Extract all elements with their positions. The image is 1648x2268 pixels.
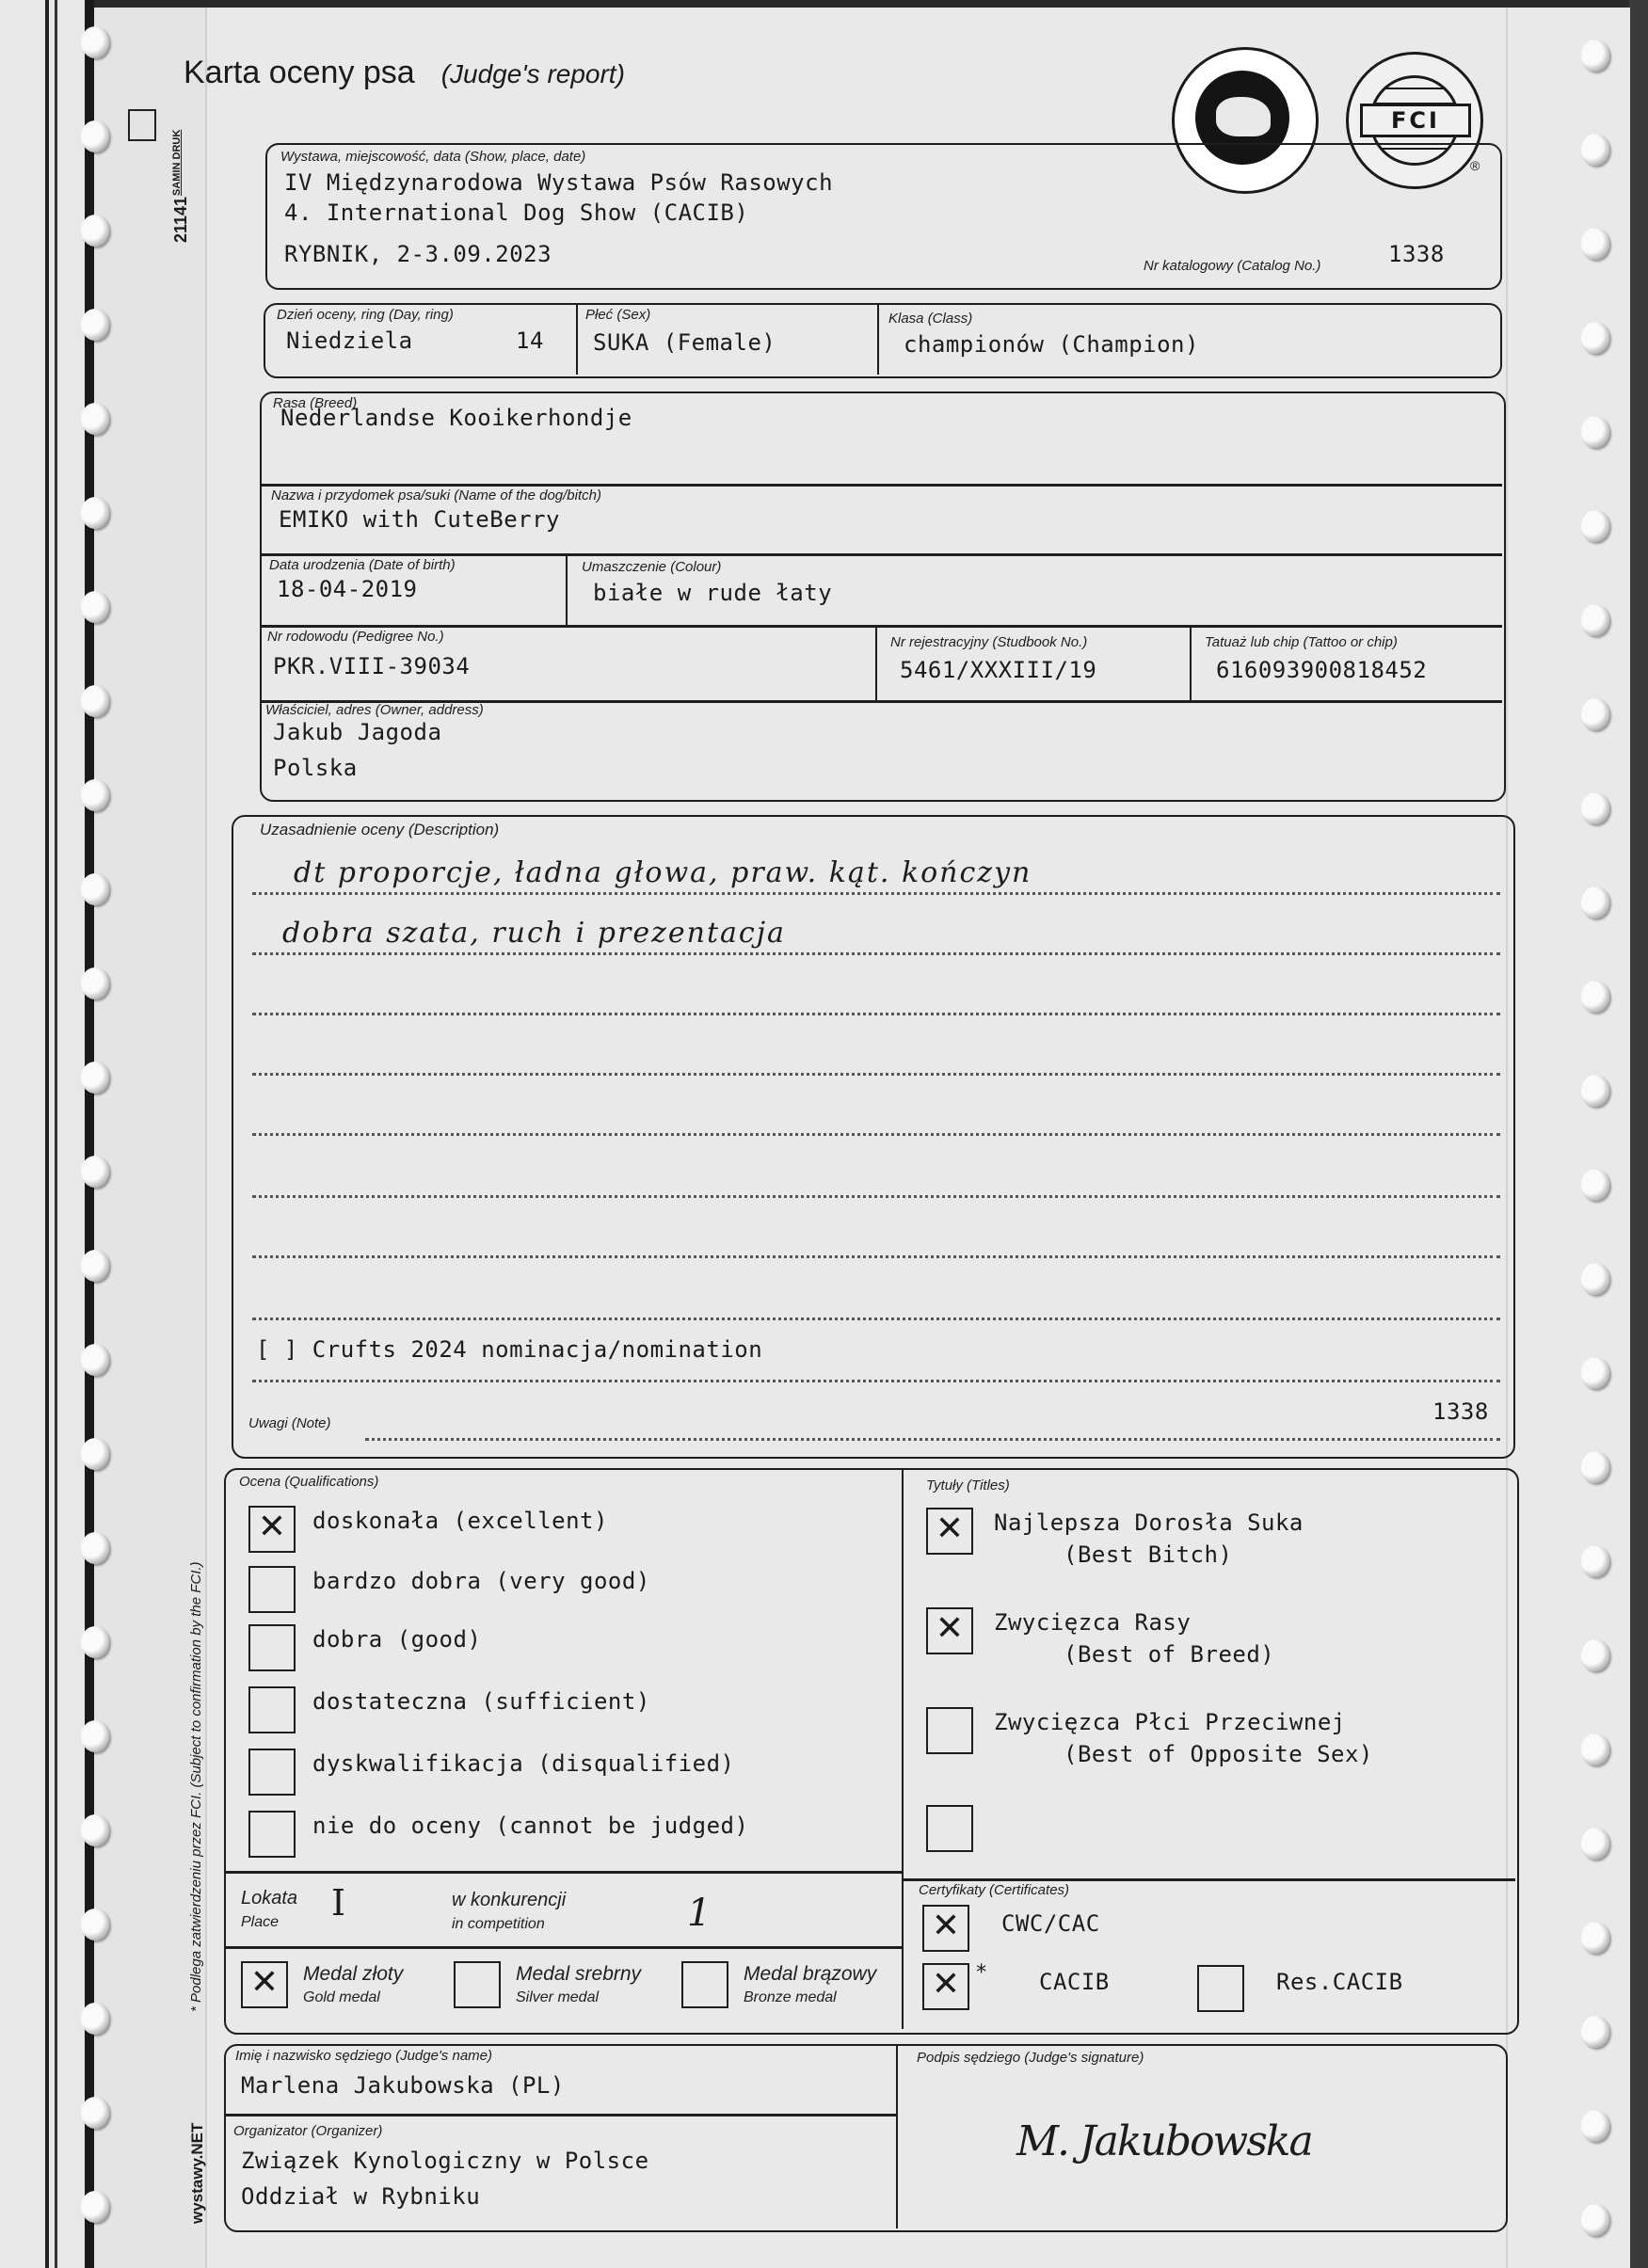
catalog-number[interactable]: 1338: [1388, 241, 1445, 267]
medal-checkbox[interactable]: ✕: [241, 1961, 288, 2008]
certificate-checkbox[interactable]: ✕: [922, 1963, 969, 2010]
medal-label-en: Gold medal: [303, 1989, 380, 2006]
perforation-hole-icon: [1581, 1828, 1609, 1860]
perforation-hole-icon: [81, 26, 109, 58]
perforation-hole-icon: [81, 1626, 109, 1658]
qualification-checkbox[interactable]: [248, 1624, 296, 1671]
medal-checkbox[interactable]: [681, 1961, 728, 2008]
qualification-label: bardzo dobra (very good): [312, 1568, 650, 1594]
competition-value[interactable]: 1: [687, 1892, 712, 1935]
perforation-hole-icon: [81, 2191, 109, 2223]
title-pl: Karta oceny psa: [184, 55, 415, 90]
certificate-label: Res.CACIB: [1276, 1969, 1403, 1995]
wystawy-net-brand: wystawy.NET: [188, 2123, 207, 2224]
note-label: Uwagi (Note): [248, 1415, 331, 1431]
titles-label: Tytuły (Titles): [926, 1477, 1010, 1493]
dog-name-label: Nazwa i przydomek psa/suki (Name of the …: [271, 487, 601, 503]
studbook-label: Nr rejestracyjny (Studbook No.): [890, 634, 1087, 650]
crufts-nomination[interactable]: [ ] Crufts 2024 nominacja/nomination: [256, 1336, 762, 1363]
class-label: Klasa (Class): [888, 311, 972, 327]
competition-label: w konkurencji: [452, 1890, 566, 1911]
description-line-1[interactable]: dt proporcje, ładna głowa, praw. kąt. ko…: [294, 856, 1032, 889]
perforation-hole-icon: [1581, 604, 1609, 636]
perforation-hole-icon: [1581, 416, 1609, 448]
perforation-hole-icon: [1581, 40, 1609, 72]
perforation-hole-icon: [1581, 134, 1609, 166]
judge-name-label: Imię i nazwisko sędziego (Judge's name): [235, 2048, 492, 2064]
check-mark-icon: ✕: [928, 1609, 971, 1653]
certificate-checkbox[interactable]: ✕: [922, 1905, 969, 1952]
check-mark-icon: ✕: [924, 1907, 968, 1950]
perforation-hole-icon: [81, 403, 109, 435]
qualification-label: dyskwalifikacja (disqualified): [312, 1750, 734, 1777]
fci-confirmation-note: * Podlega zatwierdzeniu przez FCI. (Subj…: [188, 1561, 204, 2012]
perforation-hole-icon: [81, 2097, 109, 2129]
dob-value[interactable]: 18-04-2019: [277, 576, 418, 602]
perforation-hole-icon: [1581, 322, 1609, 354]
place-label-en: Place: [241, 1914, 279, 1931]
qualification-label: doskonała (excellent): [312, 1508, 608, 1534]
perforation-hole-icon: [81, 1250, 109, 1282]
perforation-hole-icon: [81, 1156, 109, 1188]
show-subtitle[interactable]: 4. International Dog Show (CACIB): [284, 200, 748, 226]
perforation-hole-icon: [1581, 886, 1609, 918]
background-edge: [1629, 0, 1648, 2268]
show-label: Wystawa, miejscowość, data (Show, place,…: [280, 149, 585, 165]
perforation-hole-icon: [1581, 1263, 1609, 1295]
perforation-hole-icon: [81, 779, 109, 811]
certificate-checkbox[interactable]: [1197, 1965, 1244, 2012]
perforation-hole-icon: [81, 1720, 109, 1752]
fci-logo-text: FCI: [1360, 104, 1471, 137]
colour-value[interactable]: białe w rude łaty: [593, 580, 832, 606]
perforation-hole-icon: [1581, 792, 1609, 824]
certificate-label: CWC/CAC: [1001, 1910, 1100, 1937]
show-place-date[interactable]: RYBNIK, 2-3.09.2023: [284, 241, 552, 267]
place-label: Lokata: [241, 1888, 297, 1909]
page-title: Karta oceny psa(Judge's report): [184, 55, 625, 91]
perforation-hole-icon: [81, 1062, 109, 1094]
colour-label: Umaszczenie (Colour): [582, 559, 721, 575]
title-label-en: (Best Bitch): [1064, 1541, 1232, 1568]
title-en: (Judge's report): [441, 59, 625, 88]
certificate-label: CACIB: [1039, 1969, 1110, 1995]
medal-checkbox[interactable]: [454, 1961, 501, 2008]
perforation-hole-icon: [81, 1909, 109, 1941]
check-mark-icon: ✕: [924, 1965, 968, 2008]
perforation-hole-icon: [81, 2003, 109, 2035]
perforation-hole-icon: [81, 967, 109, 999]
sex-label: Płeć (Sex): [585, 307, 650, 323]
place-value[interactable]: I: [331, 1882, 347, 1924]
pedigree-value[interactable]: PKR.VIII-39034: [273, 653, 470, 679]
title-checkbox[interactable]: [926, 1805, 973, 1852]
medal-label: Medal brązowy: [744, 1963, 876, 1986]
dob-label: Data urodzenia (Date of birth): [269, 557, 456, 573]
ring-value[interactable]: 14: [516, 327, 544, 354]
perforation-hole-icon: [81, 873, 109, 905]
printer-mark: SAMIN DRUK: [171, 130, 183, 196]
check-mark-icon: ✕: [243, 1963, 286, 2006]
dog-name-value[interactable]: EMIKO with CuteBerry: [279, 506, 560, 533]
description-line-2[interactable]: dobra szata, ruch i prezentacja: [282, 917, 786, 950]
perforation-hole-icon: [1581, 1075, 1609, 1107]
qualification-checkbox[interactable]: [248, 1811, 296, 1858]
perforation-hole-icon: [1581, 2016, 1609, 2048]
sex-value[interactable]: SUKA (Female): [593, 329, 776, 356]
owner-address[interactable]: Polska: [273, 755, 358, 781]
perforation-hole-icon: [1581, 228, 1609, 260]
title-label: Zwycięzca Płci Przeciwnej: [994, 1709, 1346, 1735]
medal-label: Medal srebrny: [516, 1963, 641, 1986]
day-value[interactable]: Niedziela: [286, 327, 413, 354]
organizer-line-2[interactable]: Oddział w Rybniku: [241, 2183, 480, 2210]
qualification-checkbox[interactable]: ✕: [248, 1506, 296, 1553]
perforation-hole-icon: [81, 309, 109, 341]
medal-label-en: Bronze medal: [744, 1989, 837, 2006]
chip-label: Tatuaż lub chip (Tattoo or chip): [1205, 634, 1398, 650]
note-number[interactable]: 1338: [1432, 1398, 1489, 1425]
certificates-label: Certyfikaty (Certificates): [919, 1882, 1069, 1898]
organizer-line-1[interactable]: Związek Kynologiczny w Polsce: [241, 2148, 649, 2174]
medal-label-en: Silver medal: [516, 1989, 599, 2006]
perforation-hole-icon: [81, 1344, 109, 1376]
qualification-checkbox[interactable]: [248, 1686, 296, 1733]
binder-background: [0, 0, 94, 2268]
signature-label: Podpis sędziego (Judge's signature): [917, 2050, 1144, 2066]
registration-mark-icon: [128, 109, 156, 141]
title-label-en: (Best of Breed): [1064, 1641, 1274, 1668]
show-name[interactable]: IV Międzynarodowa Wystawa Psów Rasowych: [284, 169, 833, 196]
perforation-hole-icon: [81, 1532, 109, 1564]
check-mark-icon: ✕: [250, 1508, 294, 1551]
dog-data-section: [260, 391, 1506, 802]
perforation-hole-icon: [81, 1438, 109, 1470]
perforation-hole-icon: [81, 215, 109, 247]
perforation-hole-icon: [1581, 1733, 1609, 1765]
perforation-hole-icon: [1581, 1451, 1609, 1483]
competition-label-en: in competition: [452, 1916, 545, 1933]
title-label-en: (Best of Opposite Sex): [1064, 1741, 1373, 1767]
perforation-hole-icon: [1581, 2110, 1609, 2142]
title-checkbox[interactable]: ✕: [926, 1607, 973, 1654]
qualification-label: dostateczna (sufficient): [312, 1688, 650, 1715]
perforation-hole-icon: [1581, 1922, 1609, 1954]
perforation-hole-icon: [1581, 698, 1609, 730]
check-mark-icon: ✕: [928, 1509, 971, 1553]
perforation-hole-icon: [1581, 1169, 1609, 1201]
perforation-hole-icon: [81, 1814, 109, 1846]
pedigree-label: Nr rodowodu (Pedigree No.): [267, 629, 444, 645]
title-checkbox[interactable]: ✕: [926, 1508, 973, 1555]
organizer-label: Organizator (Organizer): [233, 2123, 382, 2139]
perforation-hole-icon: [1581, 981, 1609, 1013]
medal-label: Medal złoty: [303, 1963, 403, 1986]
chip-value[interactable]: 616093900818452: [1216, 657, 1427, 683]
perforation-hole-icon: [1581, 510, 1609, 542]
perforation-hole-icon: [1581, 2204, 1609, 2236]
qualifications-label: Ocena (Qualifications): [239, 1474, 378, 1490]
catalog-label: Nr katalogowy (Catalog No.): [1144, 258, 1320, 274]
perforated-strip-right: [1506, 8, 1630, 2268]
perforation-hole-icon: [81, 685, 109, 717]
perforation-hole-icon: [1581, 1639, 1609, 1671]
qualification-checkbox[interactable]: [248, 1566, 296, 1613]
qualification-checkbox[interactable]: [248, 1749, 296, 1796]
asterisk-mark: *: [975, 1961, 988, 1985]
qualification-label: nie do oceny (cannot be judged): [312, 1813, 748, 1839]
qualification-label: dobra (good): [312, 1626, 481, 1653]
studbook-value[interactable]: 5461/XXXIII/19: [900, 657, 1096, 683]
owner-label: Właściciel, adres (Owner, address): [265, 702, 484, 718]
judge-signature: M. Jakubowska: [1016, 2117, 1312, 2165]
dog-emblem-icon: [1216, 97, 1271, 136]
perforation-hole-icon: [81, 497, 109, 529]
title-label: Zwycięzca Rasy: [994, 1609, 1191, 1636]
owner-name[interactable]: Jakub Jagoda: [273, 719, 441, 745]
class-value[interactable]: championów (Champion): [904, 331, 1199, 358]
title-label: Najlepsza Dorosła Suka: [994, 1509, 1304, 1536]
perforation-hole-icon: [81, 591, 109, 623]
description-label: Uzasadnienie oceny (Description): [260, 821, 499, 839]
perforation-hole-icon: [1581, 1545, 1609, 1577]
breed-value[interactable]: Nederlandse Kooikerhondje: [280, 405, 632, 431]
perforation-hole-icon: [81, 120, 109, 152]
day-ring-label: Dzień oceny, ring (Day, ring): [277, 307, 454, 323]
title-checkbox[interactable]: [926, 1707, 973, 1754]
print-code: 21141: [171, 197, 191, 243]
judge-name-value[interactable]: Marlena Jakubowska (PL): [241, 2072, 565, 2099]
perforation-hole-icon: [1581, 1357, 1609, 1389]
